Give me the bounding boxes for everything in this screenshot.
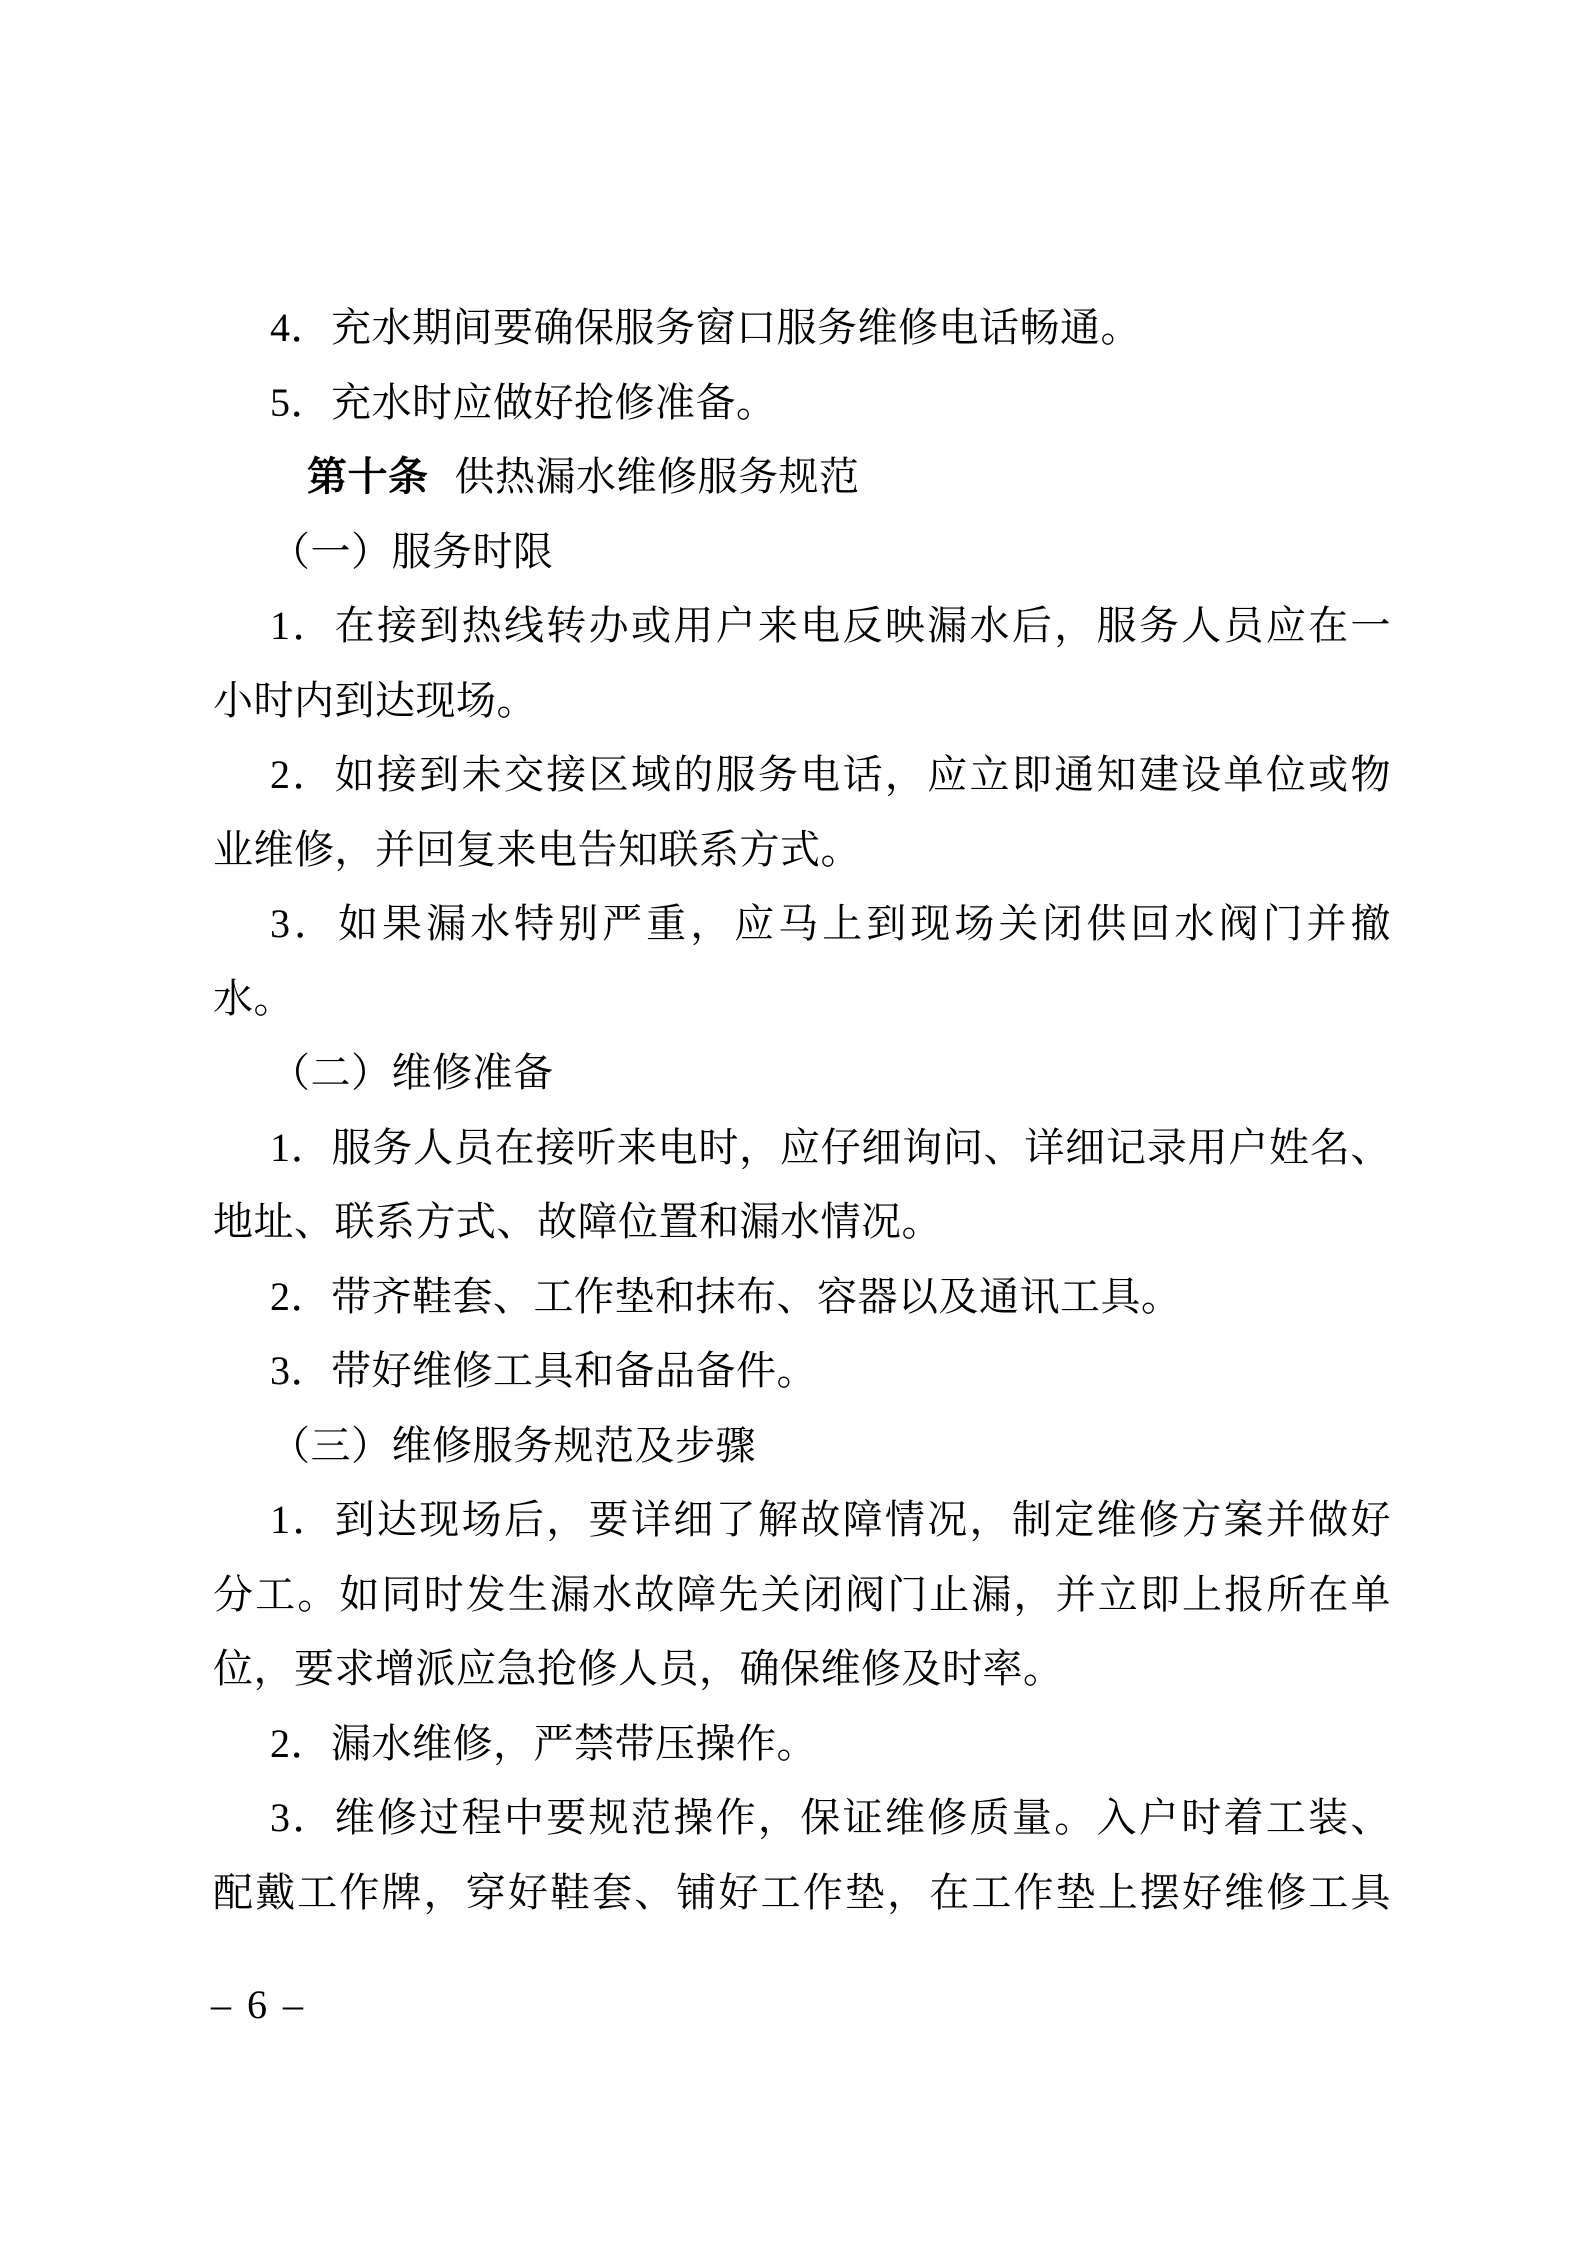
document-body: 4．充水期间要确保服务窗口服务维修电话畅通。 5．充水时应做好抢修准备。 第十条… [213,291,1391,1930]
section-heading-line: （一）服务时限 [213,515,1391,590]
paragraph-line: 业维修，并回复来电告知联系方式。 [213,813,1391,888]
paragraph-line: 2．带齐鞋套、工作垫和抹布、容器以及通讯工具。 [213,1260,1391,1335]
article-heading-title: 供热漏水维修服务规范 [455,454,860,499]
paragraph-line: 2．漏水维修，严禁带压操作。 [213,1707,1391,1782]
section-heading-line: （二）维修准备 [213,1036,1391,1111]
paragraph-line: 分工。如同时发生漏水故障先关闭阀门止漏，并立即上报所在单 [213,1558,1391,1633]
paragraph-line: 配戴工作牌，穿好鞋套、铺好工作垫，在工作垫上摆好维修工具 [213,1856,1391,1931]
paragraph-line: 位，要求增派应急抢修人员，确保维修及时率。 [213,1632,1391,1707]
article-heading-label: 第十条 [307,454,429,499]
paragraph-line: 水。 [213,962,1391,1037]
paragraph-line: 1．在接到热线转办或用户来电反映漏水后，服务人员应在一 [213,589,1391,664]
paragraph-line: 2．如接到未交接区域的服务电话，应立即通知建设单位或物 [213,738,1391,813]
section-heading-line: （三）维修服务规范及步骤 [213,1409,1391,1484]
paragraph-line: 3．如果漏水特别严重，应马上到现场关闭供回水阀门并撤 [213,887,1391,962]
paragraph-line: 1．到达现场后，要详细了解故障情况，制定维修方案并做好 [213,1483,1391,1558]
paragraph-line: 3．维修过程中要规范操作，保证维修质量。入户时着工装、 [213,1781,1391,1856]
paragraph-line: 小时内到达现场。 [213,664,1391,739]
paragraph-line: 1．服务人员在接听来电时，应仔细询问、详细记录用户姓名、 [213,1111,1391,1186]
document-page: 4．充水期间要确保服务窗口服务维修电话畅通。 5．充水时应做好抢修准备。 第十条… [0,0,1587,2245]
paragraph-line: 5．充水时应做好抢修准备。 [213,366,1391,441]
page-number: – 6 – [211,1985,306,2025]
paragraph-line: 地址、联系方式、故障位置和漏水情况。 [213,1185,1391,1260]
paragraph-line: 3．带好维修工具和备品备件。 [213,1334,1391,1409]
paragraph-line: 4．充水期间要确保服务窗口服务维修电话畅通。 [213,291,1391,366]
article-heading-line: 第十条供热漏水维修服务规范 [213,440,1391,515]
